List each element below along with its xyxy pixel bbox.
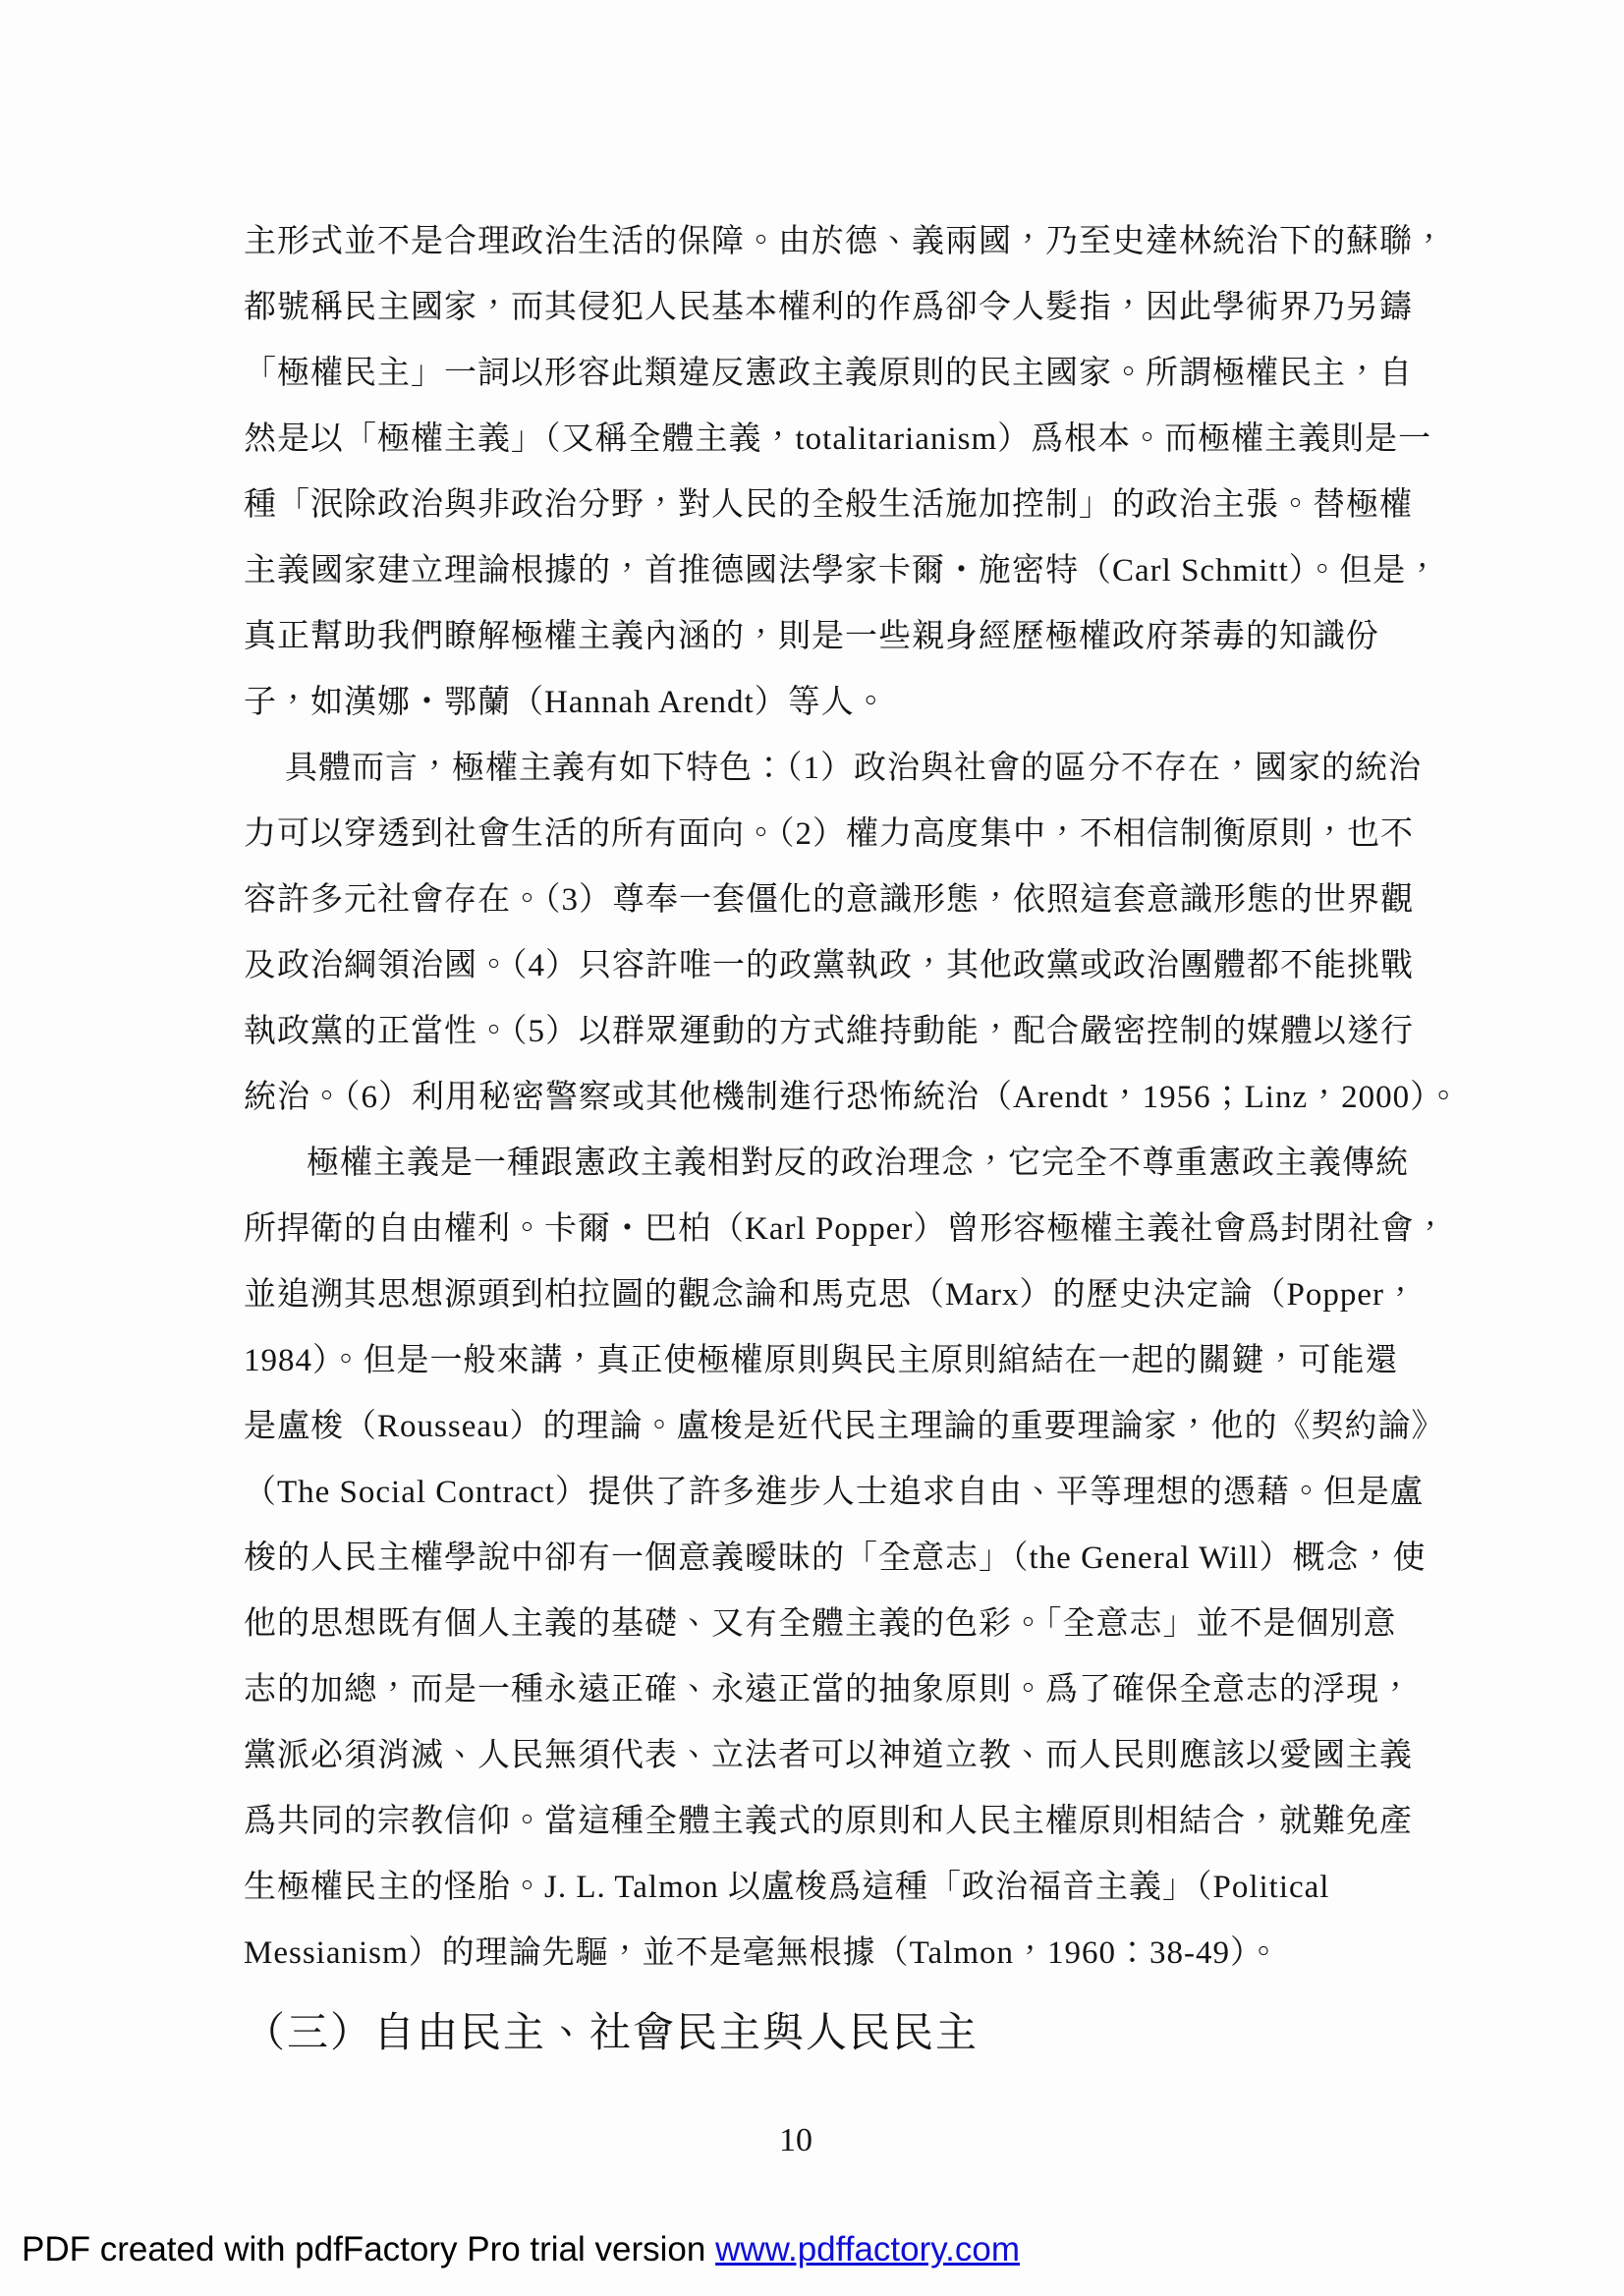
text-line: 然是以「極權主義」（又稱全體主義，totalitarianism）爲根本。而極權… [244,407,1472,473]
text-line: 力可以穿透到社會生活的所有面向。（2）權力高度集中，不相信制衡原則，也不 [244,802,1472,868]
text-line: 主義國家建立理論根據的，首推德國法學家卡爾・施密特（Carl Schmitt）。… [244,538,1472,604]
page-number: 10 [0,2122,1592,2159]
text-line: （The Social Contract）提供了許多進步人士追求自由、平等理想的… [244,1460,1472,1526]
pdf-footer-text: PDF created with pdfFactory Pro trial ve… [22,2230,715,2268]
text-line: 並追溯其思想源頭到柏拉圖的觀念論和馬克思（Marx）的歷史決定論（Popper， [244,1262,1472,1328]
text-line: 具體而言，極權主義有如下特色：（1）政治與社會的區分不存在，國家的統治 [244,736,1472,802]
text-line: 爲共同的宗教信仰。當這種全體主義式的原則和人民主權原則相結合，就難免產 [244,1789,1472,1855]
text-line: 極權主義是一種跟憲政主義相對反的政治理念，它完全不尊重憲政主義傳統 [244,1131,1472,1197]
text-line: 黨派必須消滅、人民無須代表、立法者可以神道立教、而人民則應該以愛國主義 [244,1723,1472,1789]
text-line: 執政黨的正當性。（5）以群眾運動的方式維持動能，配合嚴密控制的媒體以遂行 [244,999,1472,1065]
pdf-footer: PDF created with pdfFactory Pro trial ve… [22,2230,1020,2269]
text-line: 「極權民主」一詞以形容此類違反憲政主義原則的民主國家。所謂極權民主，自 [244,341,1472,407]
text-line: 子，如漢娜・鄂蘭（Hannah Arendt）等人。 [244,670,1472,736]
text-line: 1984）。但是一般來講，真正使極權原則與民主原則綰結在一起的關鍵，可能還 [244,1328,1472,1394]
text-line: 生極權民主的怪胎。J. L. Talmon 以盧梭爲這種「政治福音主義」（Pol… [244,1855,1472,1921]
section-heading: （三）自由民主、社會民主與人民民主 [244,1998,1472,2069]
text-line: 主形式並不是合理政治生活的保障。由於德、義兩國，乃至史達林統治下的蘇聯， [244,209,1472,275]
paragraph-lines: 主形式並不是合理政治生活的保障。由於德、義兩國，乃至史達林統治下的蘇聯，都號稱民… [244,209,1472,1987]
text-line: 梭的人民主權學說中卻有一個意義曖昧的「全意志」（the General Will… [244,1526,1472,1592]
text-line: 志的加總，而是一種永遠正確、永遠正當的抽象原則。爲了確保全意志的浮現， [244,1657,1472,1723]
text-line: 容許多元社會存在。（3）尊奉一套僵化的意識形態，依照這套意識形態的世界觀 [244,868,1472,933]
text-line: 所捍衛的自由權利。卡爾・巴柏（Karl Popper）曾形容極權主義社會爲封閉社… [244,1197,1472,1262]
text-line: 真正幫助我們瞭解極權主義內涵的，則是一些親身經歷極權政府荼毒的知識份 [244,604,1472,670]
body-text-block: 主形式並不是合理政治生活的保障。由於德、義兩國，乃至史達林統治下的蘇聯，都號稱民… [244,209,1472,2069]
text-line: 及政治綱領治國。（4）只容許唯一的政黨執政，其他政黨或政治團體都不能挑戰 [244,933,1472,999]
text-line: 統治。（6）利用秘密警察或其他機制進行恐怖統治（Arendt，1956；Linz… [244,1065,1472,1131]
text-line: 他的思想既有個人主義的基礎、又有全體主義的色彩。「全意志」並不是個別意 [244,1592,1472,1657]
text-line: 種「泯除政治與非政治分野，對人民的全般生活施加控制」的政治主張。替極權 [244,473,1472,538]
text-line: Messianism）的理論先驅，並不是毫無根據（Talmon，1960：38-… [244,1921,1472,1987]
pdffactory-link[interactable]: www.pdffactory.com [715,2230,1020,2268]
text-line: 都號稱民主國家，而其侵犯人民基本權利的作爲卻令人髮指，因此學術界乃另鑄 [244,275,1472,341]
text-line: 是盧梭（Rousseau）的理論。盧梭是近代民主理論的重要理論家，他的《契約論》 [244,1394,1472,1460]
document-page: 主形式並不是合理政治生活的保障。由於德、義兩國，乃至史達林統治下的蘇聯，都號稱民… [0,0,1624,2296]
